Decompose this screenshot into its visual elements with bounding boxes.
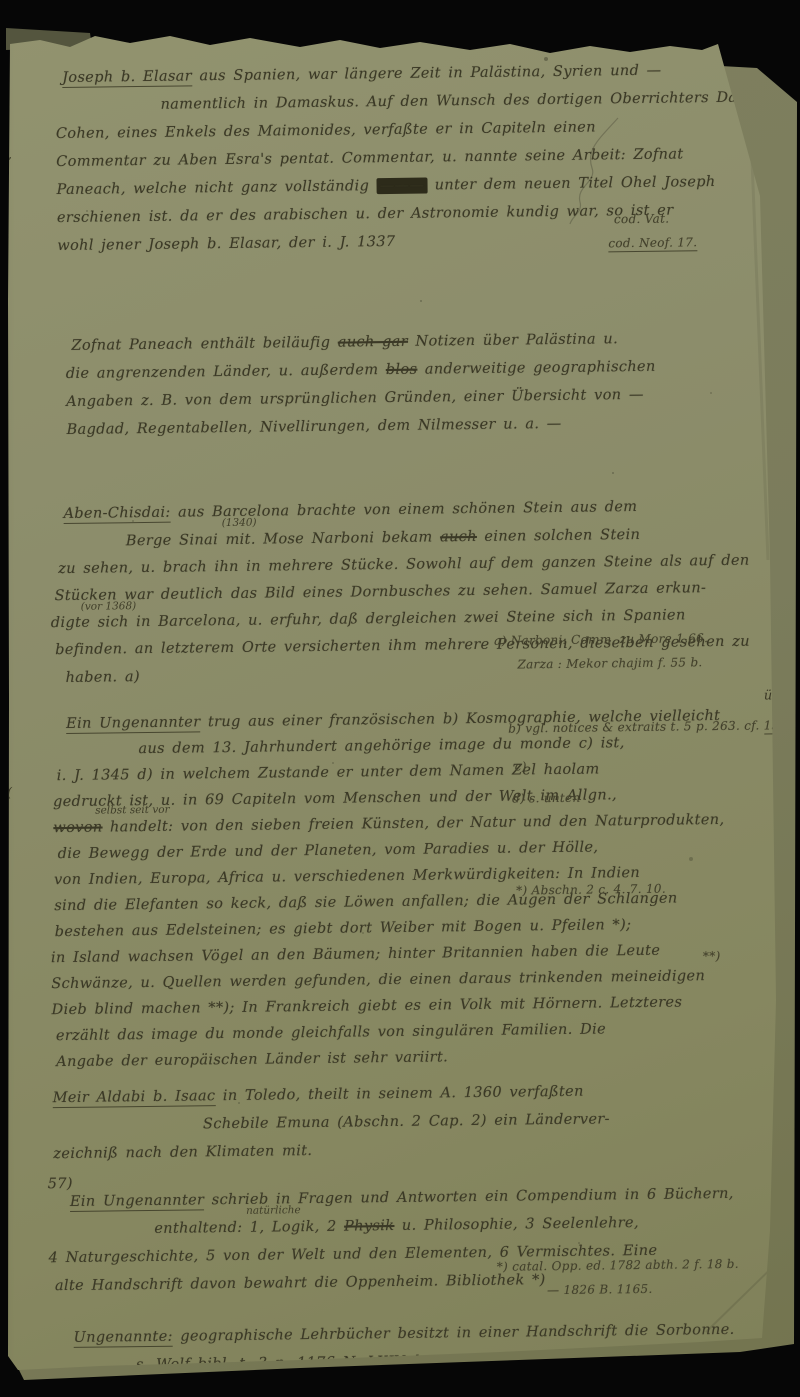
margin-note: d) s. unten: [512, 792, 581, 806]
handwritten-line: alte Handschrift davon bewahrt die Oppen…: [55, 1272, 546, 1295]
text-segment: Zofnat Paneach enthält beiläufig: [71, 335, 338, 354]
underlined-lead: Ungenannte:: [74, 1329, 173, 1348]
text-segment: b) vgl. notices & extraits t. 5 p. 263. …: [508, 718, 764, 735]
handwritten-line: wohl jener Joseph b. Elasar, der i. J. 1…: [57, 234, 395, 255]
text-segment: zu sehen, u. brach ihn in mehrere Stücke…: [58, 553, 750, 577]
handwritten-line: Schebile Emuna (Abschn. 2 Cap. 2) ein Lä…: [203, 1111, 610, 1133]
handwritten-line: Paneach, welche nicht ganz vollständig —…: [56, 174, 715, 199]
text-segment: haben. a): [65, 669, 140, 686]
paragraph-zofnat-paneach: Zofnat Paneach enthält beiläufig auch ga…: [0, 0, 799, 1]
text-segment: Schebile Emuna (Abschn. 2 Cap. 2) ein Lä…: [203, 1111, 610, 1132]
text-segment: Zarza : Mekor chajim f. 55 b.: [517, 655, 702, 671]
margin-note: a) Narboni: Comm. zu More 1,66.: [494, 632, 708, 648]
margin-note: Zarza : Mekor chajim f. 55 b.: [517, 656, 702, 671]
text-segment: die Bewegg der Erde und der Planeten, vo…: [58, 839, 599, 862]
handwritten-line: namentlich in Damaskus. Auf den Wunsch d…: [160, 89, 760, 113]
text-segment: die angrenzenden Länder, u. außerdem: [66, 362, 386, 382]
text-segment: Paneach, welche nicht ganz vollständig: [56, 178, 376, 198]
handwritten-line: erzählt das image du monde gleichfalls v…: [56, 1021, 606, 1044]
struck-word: ———: [377, 178, 428, 195]
text-segment: u. Philosophie, 3 Seelenlehre,: [394, 1215, 639, 1234]
text-segment: Schwänze, u. Quellen werden gefunden, di…: [51, 968, 705, 992]
handwritten-line: Bagdad, Regentabellen, Nivellirungen, de…: [66, 416, 561, 439]
handwritten-line: Stücken war deutlich das Bild eines Dorn…: [54, 580, 706, 605]
text-segment: (vor 1368): [81, 600, 137, 613]
edge-text-fragment: s,: [1, 149, 12, 162]
text-segment: c): [515, 759, 527, 773]
text-segment: Commentar zu Aben Esra's pentat. Comment…: [56, 146, 683, 170]
struck-word: blos: [386, 362, 418, 378]
paragraph-compendium-6-buecher: 57)Ein Ungenannter schrieb in Fragen und…: [0, 0, 799, 1]
handwritten-line: digte sich in Barcelona, u. erfuhr, daß …: [51, 607, 686, 631]
handwritten-line: erschienen ist. da er des arabischen u. …: [57, 203, 674, 227]
underlined-lead: Ein Ungenannter: [70, 1192, 205, 1212]
text-segment: einen solchen Stein: [477, 527, 640, 545]
handwritten-line: zeichniß nach den Klimaten mit.: [53, 1143, 312, 1163]
edge-text-fragment: (: [7, 787, 12, 800]
handwritten-line: Angaben z. B. von dem ursprünglichen Grü…: [66, 387, 644, 411]
underlined-lead: Joseph b. Elasar: [62, 68, 192, 88]
handwritten-line: zu sehen, u. brach ihn in mehrere Stücke…: [58, 553, 750, 578]
handwritten-line: Angabe der europäischen Länder ist sehr …: [56, 1049, 448, 1070]
underlined-lead: Aben-Chisdai:: [63, 505, 170, 524]
text-segment: selbst seit vor: [95, 804, 170, 817]
text-segment: in Toledo, theilt in seinem A. 1360 verf…: [215, 1084, 584, 1104]
text-segment: natürliche: [246, 1204, 301, 1217]
handwritten-line: Ein Ungenannter schrieb in Fragen und An…: [70, 1186, 734, 1211]
text-segment: Notizen über Palästina u.: [408, 331, 618, 350]
margin-note: cod. Vat.: [614, 213, 669, 227]
text-segment: — 1826 B. 1165.: [547, 1282, 653, 1297]
text-segment: geographische Lehrbücher besitzt in eine…: [173, 1322, 735, 1345]
handwritten-line: die angrenzenden Länder, u. außerdem blo…: [66, 359, 656, 383]
text-segment: unter dem neuen Titel Ohel Joseph: [427, 174, 716, 194]
handwritten-line: Berge Sinai mit. Mose Narboni bekam auch…: [126, 527, 641, 550]
text-segment: alte Handschrift davon bewahrt die Oppen…: [55, 1272, 546, 1294]
text-segment: erschienen ist. da er des arabischen u. …: [57, 203, 674, 227]
underlined-lead: Meir Aldabi b. Isaac: [53, 1088, 216, 1108]
text-segment: namentlich in Damaskus. Auf den Wunsch d…: [160, 89, 760, 112]
margin-note: — 1826 B. 1165.: [547, 1283, 653, 1297]
text-segment: s,: [1, 148, 12, 163]
manuscript-page: 56 Joseph b. Elasar aus Spanien, war län…: [0, 0, 800, 1397]
interlinear-insertion: natürliche: [246, 1205, 301, 1216]
paragraph-joseph-b-elasar: Joseph b. Elasar aus Spanien, war länger…: [0, 0, 799, 1]
text-segment: aus dem 13. Jahrhundert angehörige image…: [138, 735, 624, 757]
underlined-lead: Ein Ungenannter: [66, 714, 201, 734]
paper-specks: [0, 0, 2, 2]
margin-note: **): [703, 950, 721, 963]
text-segment: anderweitige geographischen: [417, 359, 655, 378]
handwritten-line: Meir Aldabi b. Isaac in Toledo, theilt i…: [53, 1084, 584, 1107]
handwritten-line: Aben-Chisdai: aus Barcelona brachte von …: [63, 499, 637, 523]
text-segment: (: [7, 786, 12, 801]
paragraph-aben-chisdai: Aben-Chisdai: aus Barcelona brachte von …: [0, 0, 799, 1]
handwritten-line: Joseph b. Elasar aus Spanien, war länger…: [62, 63, 661, 87]
handwritten-line: bestehen aus Edelsteinen; es giebt dort …: [55, 917, 632, 941]
text-segment: ): [0, 262, 5, 277]
interlinear-insertion: (vor 1368): [81, 601, 137, 612]
text-segment: wohl jener Joseph b. Elasar, der i. J. 1…: [57, 234, 395, 254]
text-segment: **): [703, 949, 721, 963]
handwritten-line: die Bewegg der Erde und der Planeten, vo…: [58, 839, 599, 862]
paragraph-ein-ungenannter-image-du-monde: Ein Ungenannter trug aus einer französis…: [0, 0, 799, 1]
folio-number: 56: [734, 41, 758, 60]
edge-text-fragment: ): [0, 263, 5, 276]
text-segment: Cohen, eines Enkels des Maimonides, verf…: [56, 119, 596, 142]
text-segment: Bagdad, Regentabellen, Nivellirungen, de…: [66, 416, 561, 438]
text-segment: Angabe der europäischen Länder ist sehr …: [56, 1049, 448, 1070]
text-segment: Angaben z. B. von dem ursprünglichen Grü…: [66, 387, 644, 410]
margin-note: cod. Neof. 17.: [608, 236, 697, 250]
handwritten-line: Dieb blind machen **); In Frankreich gie…: [52, 994, 683, 1018]
paragraph-meir-aldabi: Meir Aldabi b. Isaac in Toledo, theilt i…: [0, 0, 799, 1]
text-segment: enthaltend: 1, Logik, 2: [154, 1219, 344, 1237]
text-segment: cod. Vat.: [614, 212, 669, 227]
text-segment: erzählt das image du monde gleichfalls v…: [56, 1021, 606, 1044]
text-segment: digte sich in Barcelona, u. erfuhr, daß …: [51, 607, 686, 631]
text-segment: a) Narboni: Comm. zu More 1,66.: [494, 631, 708, 648]
margin-note: *) catal. Opp. ed. 1782 abth. 2 f. 18 b.: [497, 1258, 739, 1274]
handwritten-line: aus dem 13. Jahrhundert angehörige image…: [138, 735, 624, 758]
struck-word: auch: [440, 529, 477, 545]
handwritten-line: enthaltend: 1, Logik, 2 Physik u. Philos…: [154, 1215, 639, 1238]
text-segment: in Island wachsen Vögel an den Bäumen; h…: [51, 943, 660, 966]
text-segment: d) s. unten: [512, 791, 581, 806]
handwritten-line: Commentar zu Aben Esra's pentat. Comment…: [56, 146, 683, 170]
text-segment: handelt: von den sieben freien Künsten, …: [102, 812, 724, 836]
paragraph-ungenannte-sorbonne: Ungenannte: geographische Lehrbücher bes…: [0, 0, 799, 1]
text-segment: *) Abschn. 2 c. 4. 7. 10.: [516, 882, 666, 898]
handwritten-line: Ungenannte: geographische Lehrbücher bes…: [74, 1322, 735, 1347]
interlinear-insertion: selbst seit vor: [95, 805, 170, 816]
text-segment: aus Spanien, war längere Zeit in Palästi…: [192, 63, 662, 85]
handwritten-line: 57): [48, 1176, 73, 1193]
handwriting-layer: 56 Joseph b. Elasar aus Spanien, war län…: [0, 0, 800, 1397]
struck-word: wovon: [53, 820, 102, 837]
handwritten-line: in Island wachsen Vögel an den Bäumen; h…: [51, 943, 660, 967]
text-segment: zeichniß nach den Klimaten mit.: [53, 1143, 312, 1162]
margin-note: b) vgl. notices & extraits t. 5 p. 263. …: [508, 719, 780, 736]
text-segment: bestehen aus Edelsteinen; es giebt dort …: [55, 917, 632, 940]
text-segment: 57): [48, 1176, 73, 1192]
handwritten-line: Cohen, eines Enkels des Maimonides, verf…: [56, 119, 596, 142]
text-segment: Dieb blind machen **); In Frankreich gie…: [52, 994, 683, 1018]
underlined-lead: cod. Neof. 17.: [608, 235, 697, 252]
text-segment: (1340): [222, 517, 257, 529]
handwritten-line: Schwänze, u. Quellen werden gefunden, di…: [51, 968, 705, 993]
text-segment: Stücken war deutlich das Bild eines Dorn…: [54, 580, 706, 604]
handwritten-line: haben. a): [65, 669, 140, 687]
margin-note: *) Abschn. 2 c. 4. 7. 10.: [516, 883, 666, 898]
margin-note: c): [515, 760, 527, 773]
interlinear-insertion: (1340): [222, 518, 257, 529]
handwritten-line: Zofnat Paneach enthält beiläufig auch ga…: [71, 331, 618, 354]
struck-word: auch gar: [338, 334, 408, 351]
scanned-manuscript: 56 Joseph b. Elasar aus Spanien, war län…: [0, 0, 800, 1397]
text-segment: Berge Sinai mit. Mose Narboni bekam: [126, 529, 440, 549]
struck-word: Physik: [344, 1218, 394, 1235]
text-segment: *) catal. Opp. ed. 1782 abth. 2 f. 18 b.: [497, 1257, 739, 1274]
